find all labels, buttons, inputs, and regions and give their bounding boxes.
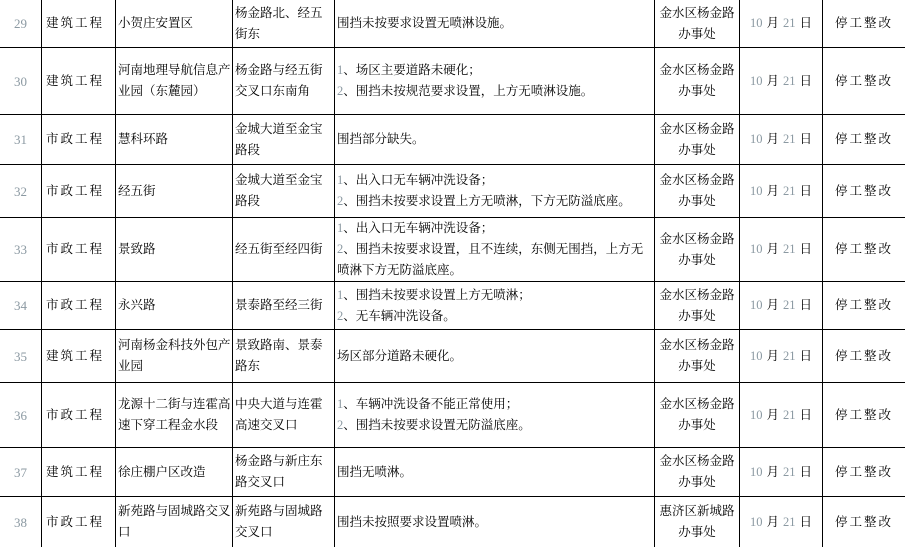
issue-number: 1 (337, 288, 343, 302)
date-cell: 10月21日 (740, 115, 823, 165)
date-part: 日 (800, 129, 813, 150)
action-cell: 停工整改 (823, 282, 905, 330)
action-cell: 停工整改 (823, 330, 905, 383)
date-part: 月 (766, 13, 779, 34)
table-row: 30 建筑工程 河南地理导航信息产业园（东麓园） 杨金路与经五街交叉口东南角 1… (0, 48, 905, 115)
date-part: 10 (750, 239, 763, 260)
date-part: 21 (783, 462, 796, 483)
location-cell: 经五街至经四街 (233, 218, 335, 282)
date-part: 月 (766, 462, 779, 483)
action-cell: 停工整改 (823, 383, 905, 448)
project-name-cell: 经五街 (116, 165, 233, 218)
table-row: 37 建筑工程 徐庄棚户区改造 杨金路与新庄东路交叉口 围挡无喷淋。 金水区杨金… (0, 448, 905, 497)
date-part: 21 (783, 295, 796, 316)
row-number-cell: 37 (0, 448, 42, 497)
date-cell: 10月21日 (740, 0, 823, 48)
date-part: 日 (800, 13, 813, 34)
project-type-cell: 市政工程 (42, 115, 116, 165)
row-number-cell: 32 (0, 165, 42, 218)
row-number-cell: 31 (0, 115, 42, 165)
issue-line: 场区部分道路未硬化。 (337, 346, 654, 367)
date-part: 日 (800, 405, 813, 426)
date-part: 月 (766, 71, 779, 92)
issue-line: 围挡未按要求设置无喷淋设施。 (337, 13, 654, 34)
issue-line: 1、出入口无车辆冲洗设备； (337, 170, 654, 191)
date-part: 21 (783, 346, 796, 367)
date-part: 10 (750, 13, 763, 34)
table-row: 31 市政工程 慧科环路 金城大道至金宝路段 围挡部分缺失。 金水区杨金路办事处… (0, 115, 905, 165)
date-part: 21 (783, 405, 796, 426)
issues-cell: 围挡未按照要求设置喷淋。 (335, 497, 655, 547)
date-part: 日 (800, 71, 813, 92)
location-cell: 杨金路与新庄东路交叉口 (233, 448, 335, 497)
project-type-cell: 建筑工程 (42, 330, 116, 383)
row-number-cell: 34 (0, 282, 42, 330)
issue-number: 2 (337, 418, 343, 432)
date-cell: 10月21日 (740, 330, 823, 383)
row-number-cell: 33 (0, 218, 42, 282)
date-cell: 10月21日 (740, 497, 823, 547)
office-cell: 金水区杨金路办事处 (655, 282, 740, 330)
inspection-table-body: 29 建筑工程 小贺庄安置区 杨金路北、经五街东 围挡未按要求设置无喷淋设施。 … (0, 0, 905, 547)
table-row: 34 市政工程 永兴路 景泰路至经三街 1、围挡未按要求设置上方无喷淋；2、无车… (0, 282, 905, 330)
date-part: 月 (766, 239, 779, 260)
issue-number: 1 (337, 397, 343, 411)
project-type-cell: 市政工程 (42, 165, 116, 218)
row-number-cell: 30 (0, 48, 42, 115)
date-part: 10 (750, 295, 763, 316)
date-part: 10 (750, 181, 763, 202)
row-number-cell: 29 (0, 0, 42, 48)
project-name-cell: 永兴路 (116, 282, 233, 330)
action-cell: 停工整改 (823, 0, 905, 48)
table-row: 35 建筑工程 河南杨金科技外包产业园 景致路南、景泰路东 场区部分道路未硬化。… (0, 330, 905, 383)
date-part: 21 (783, 71, 796, 92)
date-part: 月 (766, 295, 779, 316)
project-type-cell: 市政工程 (42, 497, 116, 547)
date-part: 10 (750, 512, 763, 533)
issue-number: 2 (337, 242, 343, 256)
action-cell: 停工整改 (823, 448, 905, 497)
office-cell: 金水区杨金路办事处 (655, 383, 740, 448)
issue-line: 2、围挡未按要求设置上方无喷淋，下方无防溢底座。 (337, 191, 654, 212)
office-cell: 金水区杨金路办事处 (655, 0, 740, 48)
date-part: 21 (783, 512, 796, 533)
date-part: 日 (800, 239, 813, 260)
action-cell: 停工整改 (823, 48, 905, 115)
project-type-cell: 市政工程 (42, 218, 116, 282)
issue-line: 1、出入口无车辆冲洗设备； (337, 218, 654, 239)
project-name-cell: 龙源十二街与连霍高速下穿工程金水段 (116, 383, 233, 448)
project-name-cell: 新苑路与固城路交叉口 (116, 497, 233, 547)
office-cell: 金水区杨金路办事处 (655, 218, 740, 282)
project-name-cell: 徐庄棚户区改造 (116, 448, 233, 497)
project-name-cell: 景致路 (116, 218, 233, 282)
project-type-cell: 市政工程 (42, 383, 116, 448)
issue-line: 2、围挡未按要求设置，且不连续，东侧无围挡，上方无喷淋下方无防溢底座。 (337, 239, 654, 281)
project-name-cell: 河南杨金科技外包产业园 (116, 330, 233, 383)
date-cell: 10月21日 (740, 383, 823, 448)
office-cell: 金水区杨金路办事处 (655, 115, 740, 165)
date-cell: 10月21日 (740, 282, 823, 330)
table-row: 33 市政工程 景致路 经五街至经四街 1、出入口无车辆冲洗设备；2、围挡未按要… (0, 218, 905, 282)
project-type-cell: 建筑工程 (42, 448, 116, 497)
issue-line: 1、场区主要道路未硬化； (337, 60, 654, 81)
project-type-cell: 建筑工程 (42, 0, 116, 48)
location-cell: 景致路南、景泰路东 (233, 330, 335, 383)
office-cell: 惠济区新城路办事处 (655, 497, 740, 547)
location-cell: 杨金路北、经五街东 (233, 0, 335, 48)
office-cell: 金水区杨金路办事处 (655, 448, 740, 497)
issue-number: 1 (337, 63, 343, 77)
date-part: 月 (766, 512, 779, 533)
date-part: 21 (783, 181, 796, 202)
issue-number: 1 (337, 173, 343, 187)
project-name-cell: 河南地理导航信息产业园（东麓园） (116, 48, 233, 115)
issues-cell: 围挡未按要求设置无喷淋设施。 (335, 0, 655, 48)
issue-line: 1、围挡未按要求设置上方无喷淋； (337, 285, 654, 306)
office-cell: 金水区杨金路办事处 (655, 48, 740, 115)
location-cell: 金城大道至金宝路段 (233, 115, 335, 165)
table-row: 29 建筑工程 小贺庄安置区 杨金路北、经五街东 围挡未按要求设置无喷淋设施。 … (0, 0, 905, 48)
project-type-cell: 市政工程 (42, 282, 116, 330)
inspection-table: 29 建筑工程 小贺庄安置区 杨金路北、经五街东 围挡未按要求设置无喷淋设施。 … (0, 0, 905, 547)
date-cell: 10月21日 (740, 165, 823, 218)
location-cell: 中央大道与连霍高速交叉口 (233, 383, 335, 448)
date-cell: 10月21日 (740, 48, 823, 115)
date-part: 日 (800, 295, 813, 316)
office-cell: 金水区杨金路办事处 (655, 165, 740, 218)
row-number-cell: 36 (0, 383, 42, 448)
issue-number: 2 (337, 84, 343, 98)
issue-line: 2、围挡未按规范要求设置，上方无喷淋设施。 (337, 81, 654, 102)
date-part: 日 (800, 512, 813, 533)
date-part: 10 (750, 71, 763, 92)
location-cell: 金城大道至金宝路段 (233, 165, 335, 218)
issue-line: 2、围挡未按要求设置无防溢底座。 (337, 415, 654, 436)
date-part: 21 (783, 13, 796, 34)
date-part: 月 (766, 181, 779, 202)
issue-number: 2 (337, 309, 343, 323)
action-cell: 停工整改 (823, 115, 905, 165)
issue-number: 1 (337, 221, 343, 235)
date-part: 10 (750, 346, 763, 367)
date-part: 21 (783, 239, 796, 260)
date-part: 月 (766, 346, 779, 367)
issue-line: 2、无车辆冲洗设备。 (337, 306, 654, 327)
project-name-cell: 慧科环路 (116, 115, 233, 165)
location-cell: 新苑路与固城路交叉口 (233, 497, 335, 547)
date-part: 21 (783, 129, 796, 150)
issues-cell: 1、出入口无车辆冲洗设备；2、围挡未按要求设置，且不连续，东侧无围挡，上方无喷淋… (335, 218, 655, 282)
date-part: 月 (766, 405, 779, 426)
date-part: 日 (800, 462, 813, 483)
issues-cell: 围挡无喷淋。 (335, 448, 655, 497)
location-cell: 景泰路至经三街 (233, 282, 335, 330)
action-cell: 停工整改 (823, 218, 905, 282)
date-cell: 10月21日 (740, 448, 823, 497)
project-name-cell: 小贺庄安置区 (116, 0, 233, 48)
date-part: 10 (750, 405, 763, 426)
issue-line: 围挡无喷淋。 (337, 462, 654, 483)
issues-cell: 场区部分道路未硬化。 (335, 330, 655, 383)
issue-line: 围挡部分缺失。 (337, 129, 654, 150)
table-row: 36 市政工程 龙源十二街与连霍高速下穿工程金水段 中央大道与连霍高速交叉口 1… (0, 383, 905, 448)
date-cell: 10月21日 (740, 218, 823, 282)
issue-number: 2 (337, 194, 343, 208)
action-cell: 停工整改 (823, 497, 905, 547)
table-row: 38 市政工程 新苑路与固城路交叉口 新苑路与固城路交叉口 围挡未按照要求设置喷… (0, 497, 905, 547)
date-part: 日 (800, 346, 813, 367)
issues-cell: 1、场区主要道路未硬化；2、围挡未按规范要求设置，上方无喷淋设施。 (335, 48, 655, 115)
issues-cell: 1、围挡未按要求设置上方无喷淋；2、无车辆冲洗设备。 (335, 282, 655, 330)
project-type-cell: 建筑工程 (42, 48, 116, 115)
row-number-cell: 38 (0, 497, 42, 547)
issues-cell: 围挡部分缺失。 (335, 115, 655, 165)
issue-line: 围挡未按照要求设置喷淋。 (337, 512, 654, 533)
row-number-cell: 35 (0, 330, 42, 383)
issue-line: 1、车辆冲洗设备不能正常使用； (337, 394, 654, 415)
date-part: 10 (750, 462, 763, 483)
date-part: 10 (750, 129, 763, 150)
table-row: 32 市政工程 经五街 金城大道至金宝路段 1、出入口无车辆冲洗设备；2、围挡未… (0, 165, 905, 218)
location-cell: 杨金路与经五街交叉口东南角 (233, 48, 335, 115)
date-part: 日 (800, 181, 813, 202)
action-cell: 停工整改 (823, 165, 905, 218)
issues-cell: 1、出入口无车辆冲洗设备；2、围挡未按要求设置上方无喷淋，下方无防溢底座。 (335, 165, 655, 218)
office-cell: 金水区杨金路办事处 (655, 330, 740, 383)
issues-cell: 1、车辆冲洗设备不能正常使用；2、围挡未按要求设置无防溢底座。 (335, 383, 655, 448)
date-part: 月 (766, 129, 779, 150)
